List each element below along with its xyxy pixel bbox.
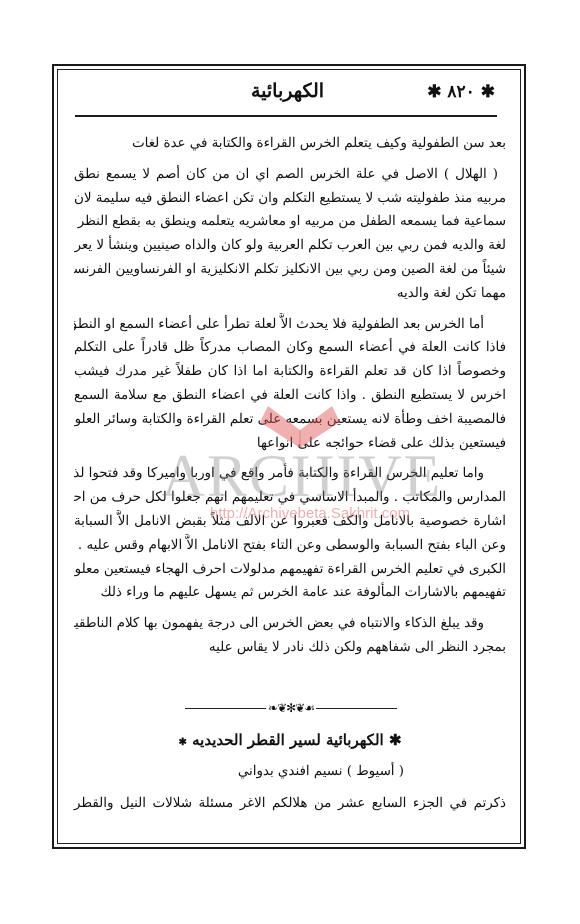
paragraph-3: أما الخرس بعد الطفولية فلا يحدث الاَّ لع… — [74, 313, 506, 456]
header-rule — [75, 115, 497, 117]
text-line: وقد يبلغ الذكاء والانتباه في بعض الخرس ا… — [74, 612, 506, 636]
text-line: مهما تكن لغة والديه — [74, 282, 506, 306]
byline: ( أسيوط ) نسيم افندي بدواني — [74, 764, 404, 779]
asterisk-ornament-icon: ✱ — [178, 737, 186, 748]
text-line: وعن الباء بفتح السبابة والوسطى وعن التاء… — [74, 534, 506, 558]
divider-rule — [185, 708, 266, 709]
ornamental-divider: ❧❦✻❦☙ — [185, 700, 397, 716]
text-line: لغة والديه فمن ربي بين العرب تكلم العربي… — [74, 234, 506, 258]
text-line: فيستعين بذلك على قضاء حوائجه على انواعها — [74, 432, 506, 456]
text-line: شيئاً من لغة الصين ومن ربي بين الانكليز … — [74, 258, 506, 282]
text-line: ( الهلال ) الاصل في علة الخرس الصم اي ان… — [74, 163, 506, 187]
section-first-line: ذكرتم في الجزء السابع عشر من هلالكم الاغ… — [74, 796, 506, 811]
text-line: الكبرى في تعليم الخرس القراءة تفهيمهم مد… — [74, 558, 506, 582]
text-line: بعد سن الطفولية وكيف يتعلم الخرس القراءة… — [74, 132, 506, 156]
paragraph-1: بعد سن الطفولية وكيف يتعلم الخرس القراءة… — [74, 132, 506, 156]
floral-ornament-icon: ❧❦✻❦☙ — [266, 701, 316, 715]
divider-rule — [316, 708, 397, 709]
text-line: تفهيمهم بالاشارات المألوفة عند عامة الخر… — [74, 581, 506, 605]
byline-place: ( أسيوط ) — [347, 764, 404, 779]
asterisk-ornament-icon: ✱ — [389, 731, 402, 749]
text-line: سماعية فما يسمعه الطفل من مربيه او معاشر… — [74, 210, 506, 234]
running-title: الكهربائية — [75, 80, 500, 102]
paragraph-5: وقد يبلغ الذكاء والانتباه في بعض الخرس ا… — [74, 612, 506, 660]
byline-author: نسيم افندي بدواني — [238, 764, 343, 779]
paragraph-2: ( الهلال ) الاصل في علة الخرس الصم اي ان… — [74, 163, 506, 306]
text-line: المدارس والمكاتب . والمبدأ الاساسي في تع… — [74, 486, 506, 510]
text-line: اخرس لا يستطيع النطق . واذا كانت العلة ف… — [74, 384, 506, 408]
section-title: الكهربائية لسير القطر الحديديه — [192, 731, 384, 749]
page-header: ✱ ٨٢٠ ✱ الكهربائية — [75, 78, 500, 112]
text-line: مربيه منذ طفوليته شب لا يستطيع التكلم وا… — [74, 187, 506, 211]
section-heading: ✱ الكهربائية لسير القطر الحديديه ✱ — [74, 731, 506, 749]
text-line: أما الخرس بعد الطفولية فلا يحدث الاَّ لع… — [74, 313, 506, 337]
text-line: فاذا كانت العلة في أعضاء السمع وكان المص… — [74, 336, 506, 360]
text-line: بمجرد النظر الى شفاههم ولكن ذلك نادر لا … — [74, 636, 506, 660]
paragraph-4: واما تعليم الخرس القراءة والكتابة فأمر و… — [74, 462, 506, 605]
text-line: واما تعليم الخرس القراءة والكتابة فأمر و… — [74, 462, 506, 486]
text-line: اشارة خصوصية بالانامل والكف فعبروا عن ال… — [74, 510, 506, 534]
article-body: بعد سن الطفولية وكيف يتعلم الخرس القراءة… — [74, 132, 506, 660]
text-line: وخصوصاً اذا كان قد تعلم القراءة والكتابة… — [74, 360, 506, 384]
text-line: فالمصيبة اخف وطأة لانه يستعين بسمعه على … — [74, 408, 506, 432]
